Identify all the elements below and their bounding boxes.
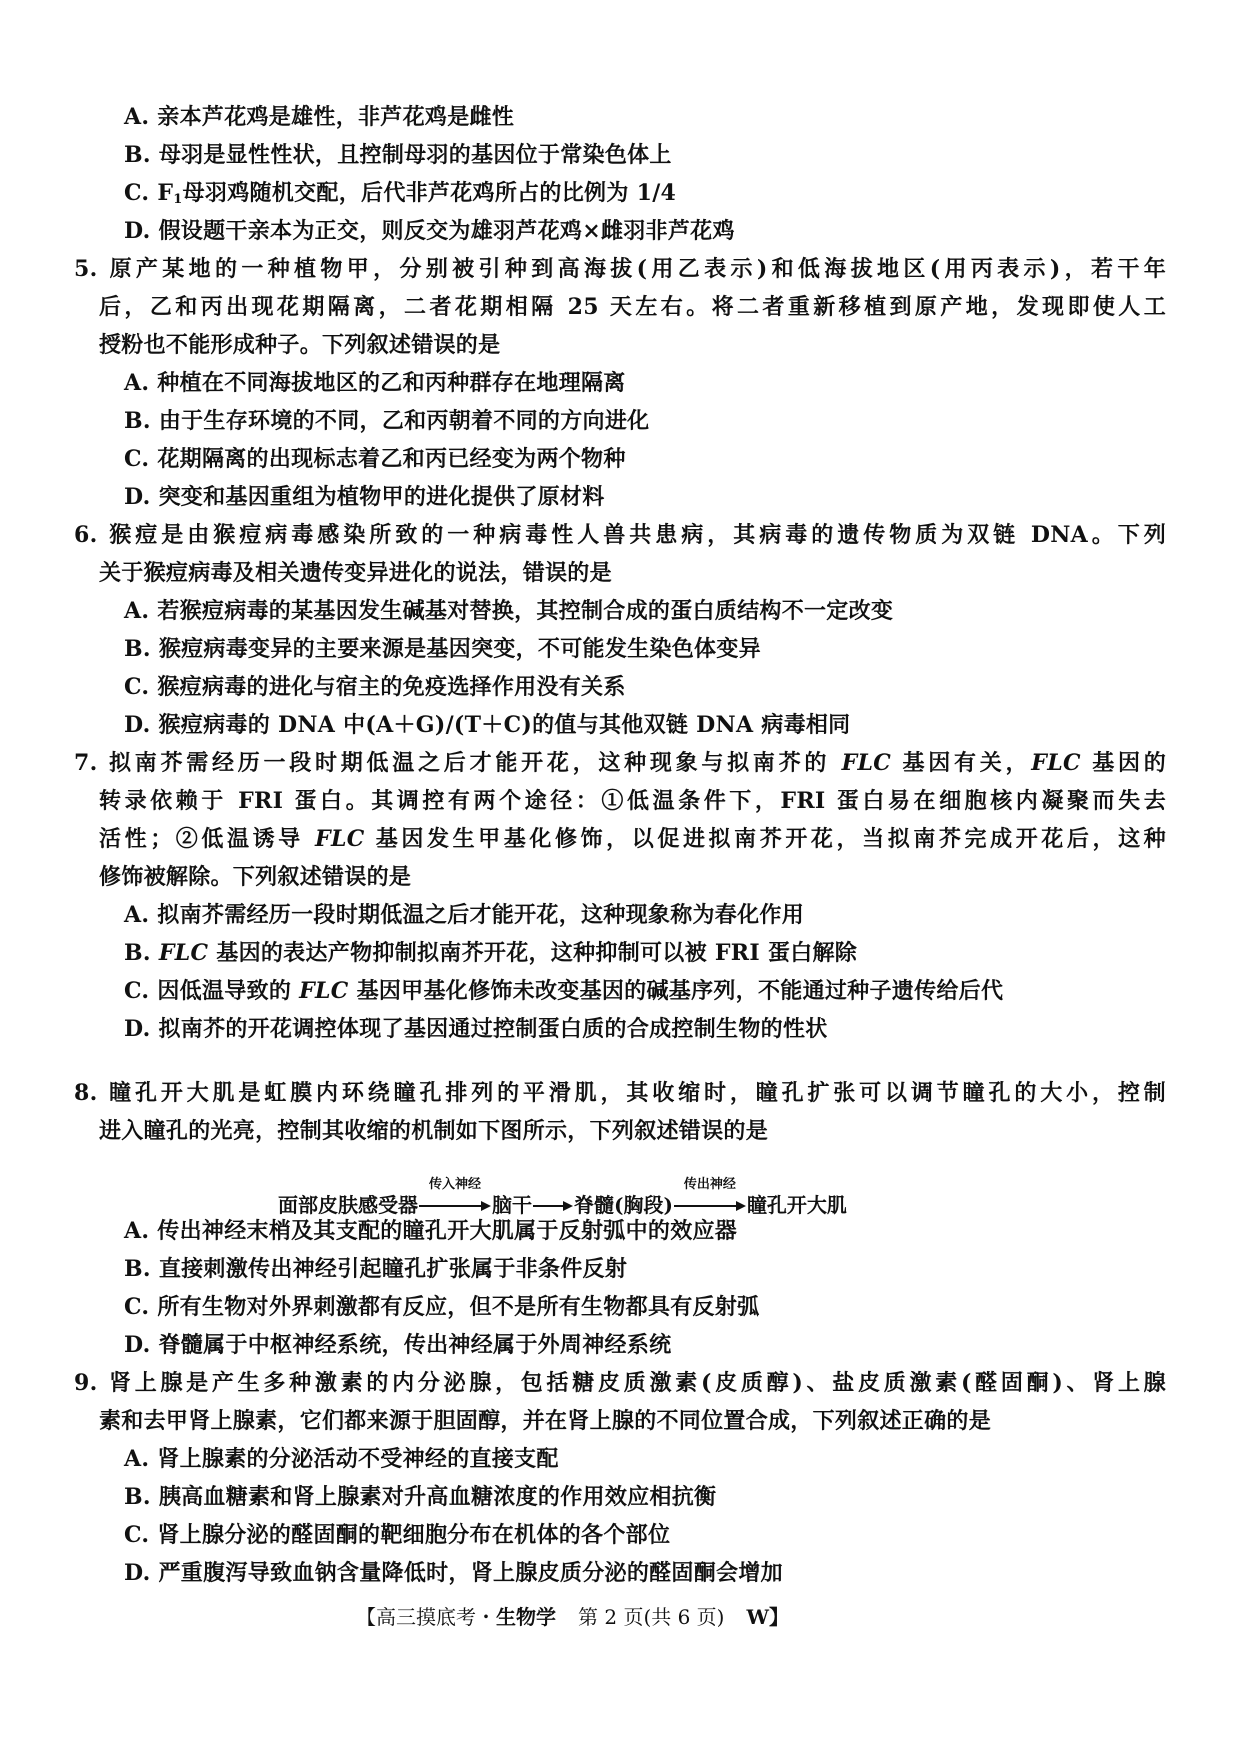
q5-stem-line-3: 授粉也不能形成种子。下列叙述错误的是 (99, 330, 500, 360)
q6-stem-line-2: 关于猴痘病毒及相关遗传变异进化的说法，错误的是 (99, 558, 612, 588)
q7-stem-line-3: 活性；②低温诱导 FLC 基因发生甲基化修饰，以促进拟南芥开花，当拟南芥完成开花… (99, 824, 1166, 854)
arrow-efferent-nerve: 传出神经 (674, 1192, 746, 1218)
q9-stem-line-1: 9. 肾上腺是产生多种激素的内分泌腺，包括糖皮质激素(皮质醇)、盐皮质激素(醛固… (74, 1368, 1166, 1398)
q4-option-c-subscript: 1 (173, 192, 182, 207)
q9-option-a: A. 肾上腺素的分泌活动不受神经的直接支配 (124, 1444, 559, 1474)
arrow-shaft (533, 1205, 565, 1207)
arrow-brainstem-to-spinal (533, 1192, 573, 1218)
q5-option-c: C. 花期隔离的出现标志着乙和丙已经变为两个物种 (124, 444, 626, 474)
gene-name-flc: FLC (159, 940, 209, 966)
arrow-afferent-nerve: 传入神经 (419, 1192, 491, 1218)
q8-stem-line-1: 8. 瞳孔开大肌是虹膜内环绕瞳孔排列的平滑肌，其收缩时，瞳孔扩张可以调节瞳孔的大… (74, 1078, 1166, 1108)
q4-option-a: A. 亲本芦花鸡是雄性，非芦花鸡是雌性 (124, 102, 514, 132)
q8-stem-line-2: 进入瞳孔的光亮，控制其收缩的机制如下图所示，下列叙述错误的是 (99, 1116, 768, 1146)
q4-option-c-text: 母羽鸡随机交配，后代非芦花鸡所占的比例为 1/4 (183, 180, 677, 206)
q7-stem-text: 7. 拟南芥需经历一段时期低温之后才能开花，这种现象与拟南芥的 (74, 750, 842, 776)
q7-option-b: B. FLC 基因的表达产物抑制拟南芥开花，这种抑制可以被 FRI 蛋白解除 (124, 938, 857, 968)
gene-name-flc: FLC (299, 978, 349, 1004)
q7-stem-text: 基因有关， (891, 750, 1031, 776)
q5-option-d: D. 突变和基因重组为植物甲的进化提供了原材料 (124, 482, 605, 512)
arrow-shaft (419, 1205, 483, 1207)
q6-stem-line-1: 6. 猴痘是由猴痘病毒感染所致的一种病毒性人兽共患病，其病毒的遗传物质为双链 D… (74, 520, 1166, 550)
q6-option-b: B. 猴痘病毒变异的主要来源是基因突变，不可能发生染色体变异 (124, 634, 761, 664)
q5-option-a: A. 种植在不同海拔地区的乙和丙种群存在地理隔离 (124, 368, 626, 398)
q7-stem-line-4: 修饰被解除。下列叙述错误的是 (99, 862, 411, 892)
arrow-label-efferent: 传出神经 (674, 1178, 746, 1192)
arrow-head-icon (481, 1201, 491, 1211)
q4-option-c: C. F1母羽鸡随机交配，后代非芦花鸡所占的比例为 1/4 (124, 178, 676, 208)
q4-option-d: D. 假设题干亲本为正交，则反交为雄羽芦花鸡×雌羽非芦花鸡 (124, 216, 735, 246)
gene-name-flc: FLC (315, 826, 365, 852)
q6-option-a: A. 若猴痘病毒的某基因发生碱基对替换，其控制合成的蛋白质结构不一定改变 (124, 596, 893, 626)
q9-option-b: B. 胰高血糖素和肾上腺素对升高血糖浓度的作用效应相抗衡 (124, 1482, 716, 1512)
q5-stem-line-2: 后，乙和丙出现花期隔离，二者花期相隔 25 天左右。将二者重新移植到原产地，发现… (99, 292, 1166, 322)
q7-option-d: D. 拟南芥的开花调控体现了基因通过控制蛋白质的合成控制生物的性状 (124, 1014, 828, 1044)
q8-option-d: D. 脊髓属于中枢神经系统，传出神经属于外周神经系统 (124, 1330, 671, 1360)
footer-subject: 生物学 (496, 1605, 556, 1629)
q7-stem-line-2: 转录依赖于 FRI 蛋白。其调控有两个途径：①低温条件下，FRI 蛋白易在细胞核… (99, 786, 1166, 816)
q4-option-b: B. 母羽是显性性状，且控制母羽的基因位于常染色体上 (124, 140, 672, 170)
gene-name-flc: FLC (1031, 750, 1081, 776)
arrow-head-icon (736, 1201, 746, 1211)
gene-name-flc: FLC (842, 750, 892, 776)
arrow-label-afferent: 传入神经 (419, 1178, 491, 1192)
q8-option-b: B. 直接刺激传出神经引起瞳孔扩张属于非条件反射 (124, 1254, 627, 1284)
q4-option-c-prefix: C. F (124, 180, 173, 206)
footer-page-number: 第 2 页(共 6 页) (578, 1605, 724, 1629)
q8-option-c: C. 所有生物对外界刺激都有反应，但不是所有生物都具有反射弧 (124, 1292, 759, 1322)
q9-stem-line-2: 素和去甲肾上腺素，它们都来源于胆固醇，并在肾上腺的不同位置合成，下列叙述正确的是 (99, 1406, 991, 1436)
q9-option-c: C. 肾上腺分泌的醛固酮的靶细胞分布在机体的各个部位 (124, 1520, 670, 1550)
page-footer: 【高三摸底考・生物学第 2 页(共 6 页)W】 (356, 1604, 789, 1630)
q5-option-b: B. 由于生存环境的不同，乙和丙朝着不同的方向进化 (124, 406, 649, 436)
q7-option-c-text: 基因甲基化修饰未改变基因的碱基序列，不能通过种子遗传给后代 (349, 978, 1004, 1004)
q7-option-b-text: 基因的表达产物抑制拟南芥开花，这种抑制可以被 FRI 蛋白解除 (208, 940, 857, 966)
diagram-node-receptor: 面部皮肤感受器 (278, 1192, 418, 1218)
diagram-node-spinal-cord: 脊髓(胸段) (574, 1192, 673, 1218)
footer-code: W】 (746, 1605, 788, 1629)
reflex-pathway-diagram: 面部皮肤感受器 传入神经 脑干 脊髓(胸段) 传出神经 瞳孔开大肌 (278, 1178, 847, 1218)
exam-page: A. 亲本芦花鸡是雄性，非芦花鸡是雌性 B. 母羽是显性性状，且控制母羽的基因位… (0, 0, 1241, 1754)
q7-stem-line-1: 7. 拟南芥需经历一段时期低温之后才能开花，这种现象与拟南芥的 FLC 基因有关… (74, 748, 1166, 778)
diagram-node-brainstem: 脑干 (492, 1192, 532, 1218)
q7-stem-text: 基因的 (1081, 750, 1166, 776)
q7-option-c-text: C. 因低温导致的 (124, 978, 299, 1004)
q7-option-a: A. 拟南芥需经历一段时期低温之后才能开花，这种现象称为春化作用 (124, 900, 804, 930)
q6-option-d: D. 猴痘病毒的 DNA 中(A＋G)/(T＋C)的值与其他双链 DNA 病毒相… (124, 710, 850, 740)
q7-stem-text: 活性；②低温诱导 (99, 826, 315, 852)
q7-stem-text: 基因发生甲基化修饰，以促进拟南芥开花，当拟南芥完成开花后，这种 (365, 826, 1166, 852)
arrow-shaft (674, 1205, 738, 1207)
q7-option-c: C. 因低温导致的 FLC 基因甲基化修饰未改变基因的碱基序列，不能通过种子遗传… (124, 976, 1003, 1006)
q5-stem-line-1: 5. 原产某地的一种植物甲，分别被引种到高海拔(用乙表示)和低海拔地区(用丙表示… (74, 254, 1166, 284)
q8-option-a: A. 传出神经末梢及其支配的瞳孔开大肌属于反射弧中的效应器 (124, 1216, 737, 1246)
q6-option-c: C. 猴痘病毒的进化与宿主的免疫选择作用没有关系 (124, 672, 626, 702)
arrow-head-icon (563, 1201, 573, 1211)
q9-option-d: D. 严重腹泻导致血钠含量降低时，肾上腺皮质分泌的醛固酮会增加 (124, 1558, 783, 1588)
footer-bracket: 【 (356, 1605, 376, 1629)
q7-option-b-label: B. (124, 940, 159, 966)
footer-exam-name: 高三摸底考・ (376, 1605, 496, 1629)
diagram-node-dilator-muscle: 瞳孔开大肌 (747, 1192, 847, 1218)
